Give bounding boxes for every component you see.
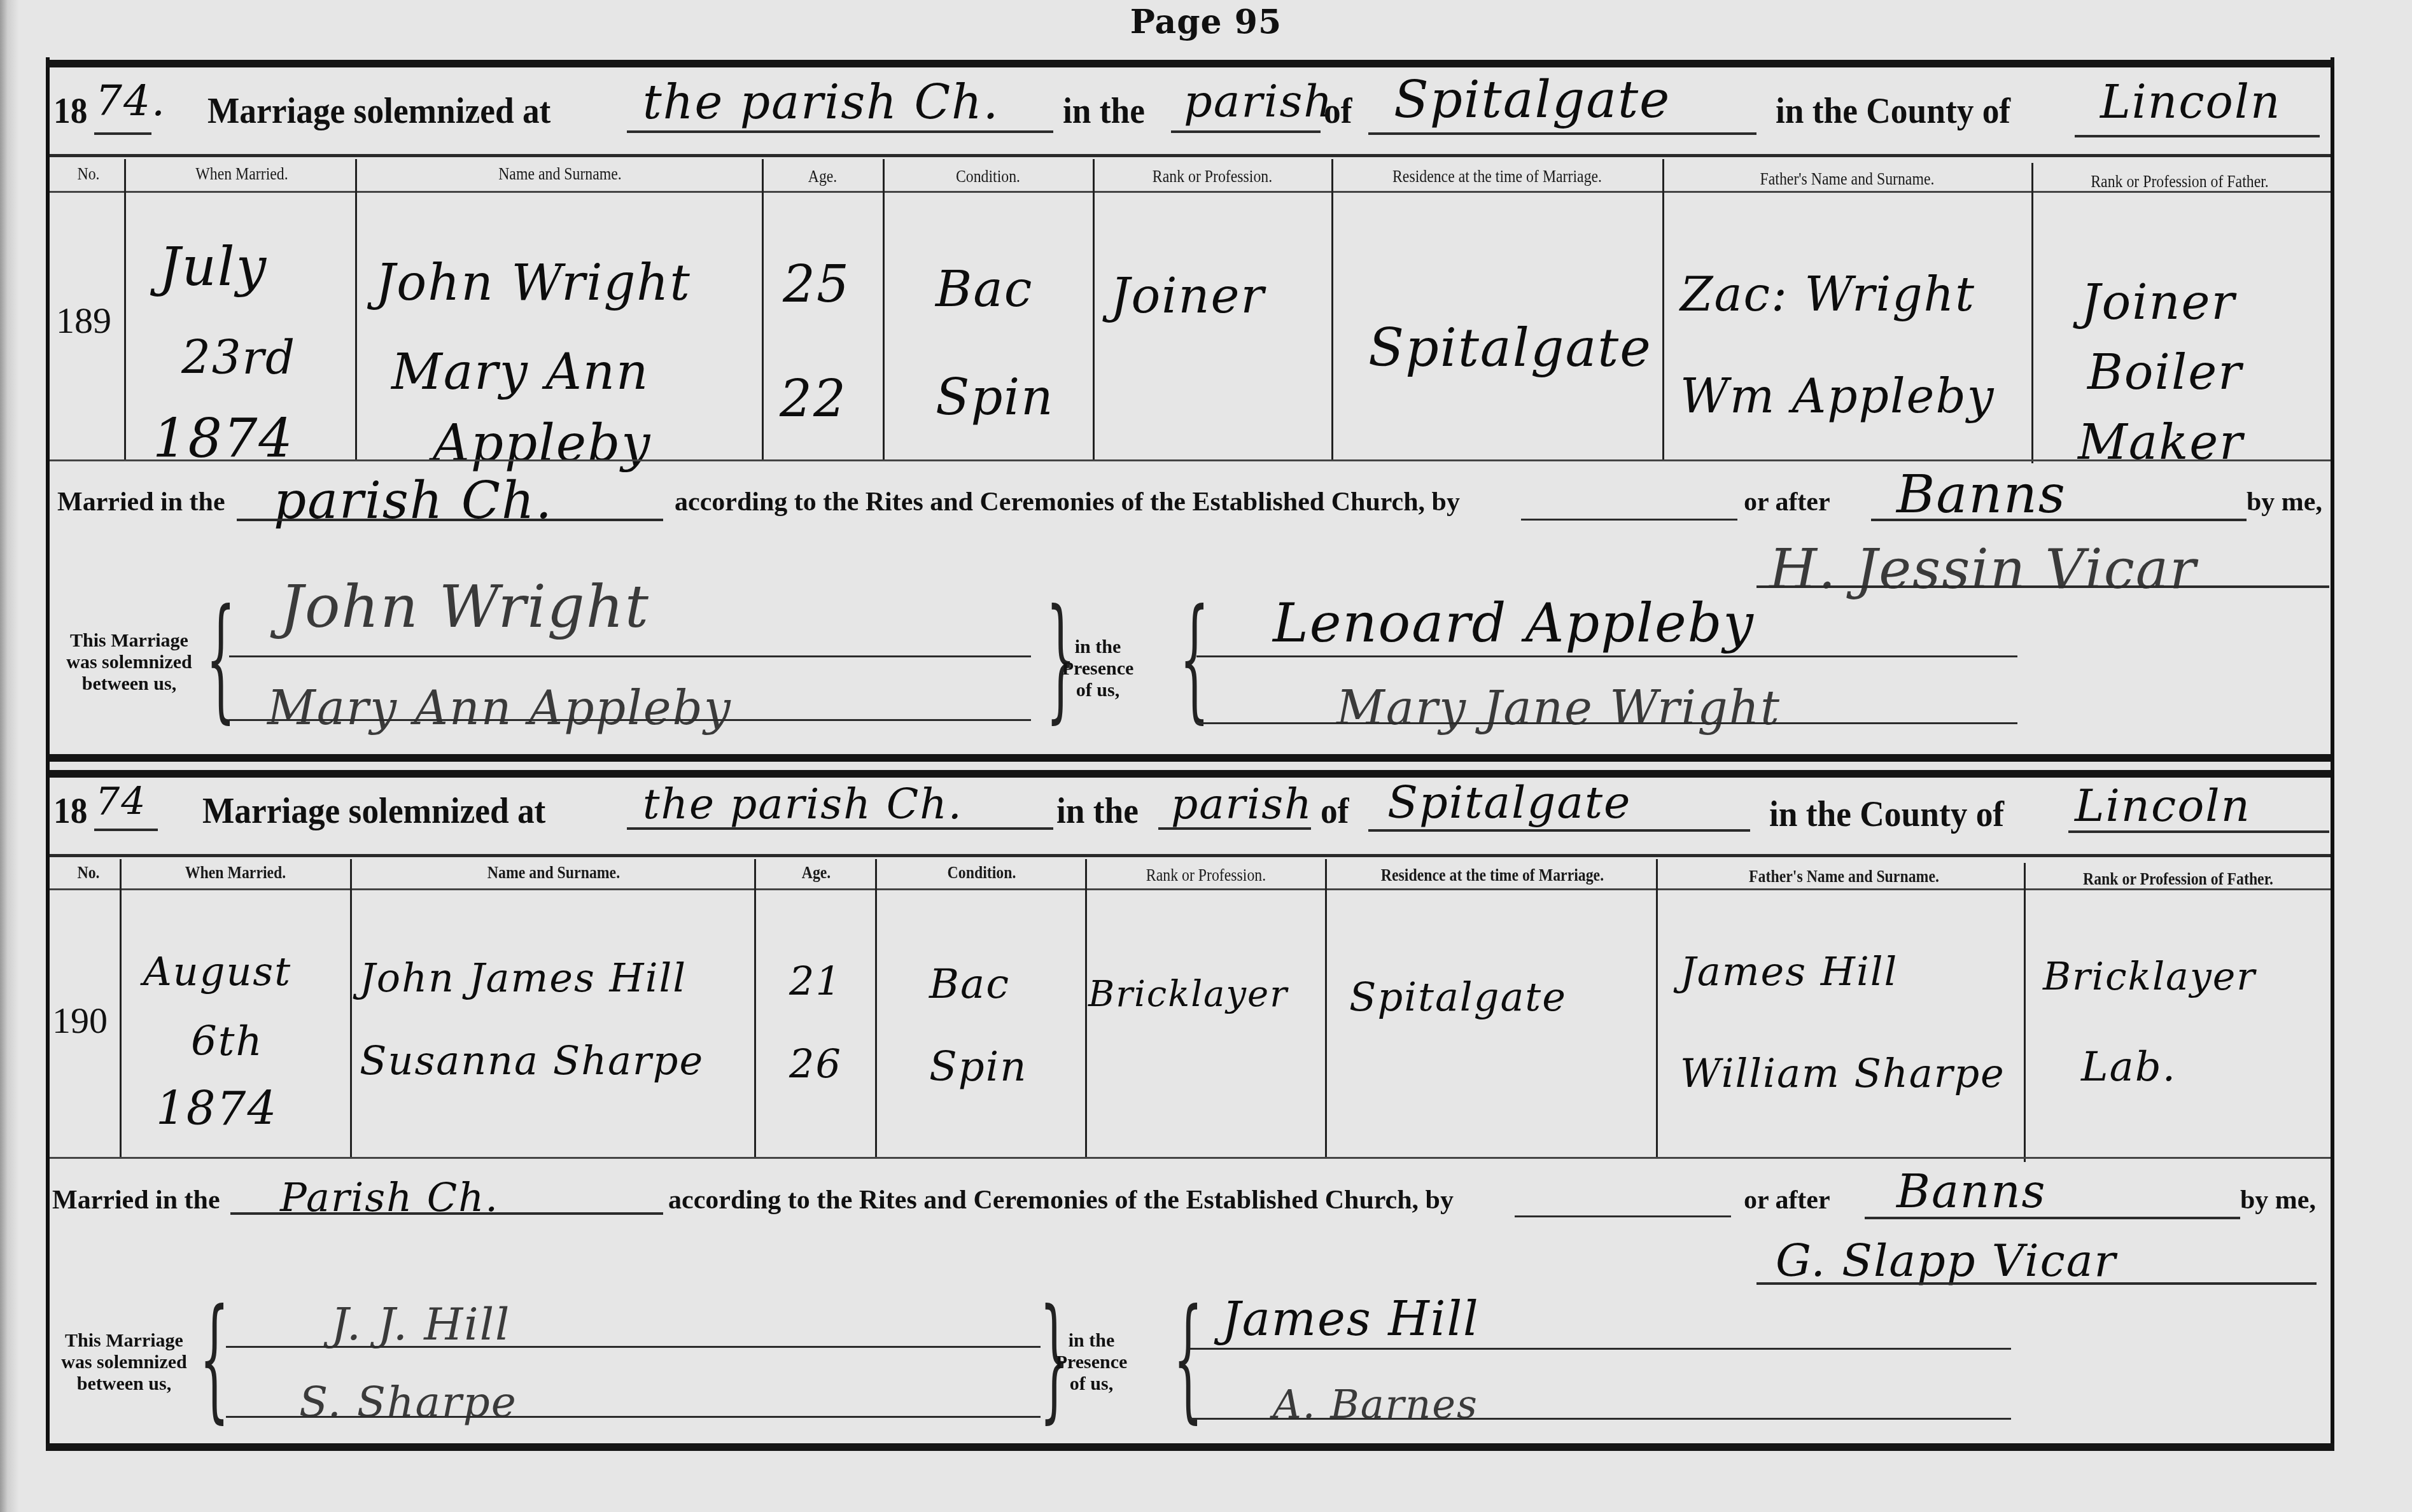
county-value: Lincoln <box>2100 75 2281 129</box>
in-the-label: in the <box>1056 789 1139 832</box>
parish-name-underline <box>1368 132 1756 135</box>
officiant-underline <box>1756 585 2329 588</box>
party-signature-2-line <box>226 1416 1041 1418</box>
year-underline <box>94 132 151 135</box>
married-in-value: parish Ch. <box>274 471 553 530</box>
parish-type-value: parish <box>1171 780 1313 829</box>
col-header-no: No. <box>59 164 118 185</box>
bride-father-name: William Sharpe <box>1680 1050 2005 1096</box>
parish-type-underline <box>1171 130 1321 133</box>
county-label: in the County of <box>1769 792 2004 835</box>
in-the-label: in the <box>1063 89 1145 132</box>
col-header-father-rank: Rank or Profession of Father. <box>2052 869 2304 890</box>
groom-rank: Joiner <box>1111 267 1265 324</box>
by-me-label: by me, <box>2247 487 2322 517</box>
entry-number: 189 <box>56 299 111 342</box>
bride-name-line2: Appleby <box>433 414 652 473</box>
groom-name: John James Hill <box>360 955 687 1001</box>
year-suffix: 74. <box>95 76 166 125</box>
col-header-no: No. <box>59 863 118 883</box>
col-divider <box>1093 159 1095 459</box>
year-prefix: 18 <box>53 89 87 132</box>
column-header-top-rule <box>50 154 2331 157</box>
by-me-label: by me, <box>2240 1185 2316 1215</box>
bride-age: 22 <box>780 369 847 428</box>
col-divider <box>124 159 126 459</box>
solemnized-at-underline <box>627 130 1053 133</box>
bride-condition: Spin <box>929 1044 1028 1091</box>
groom-residence: Spitalgate <box>1368 318 1652 379</box>
col-header-condition: Condition. <box>894 863 1069 883</box>
county-label: in the County of <box>1776 89 2010 132</box>
presence-line2: Presence <box>1044 1352 1139 1373</box>
or-after-value: Banns <box>1897 1165 2047 1218</box>
married-in-the-label: Married in the <box>57 487 225 517</box>
presence-label: in the Presence of us, <box>1044 1330 1139 1395</box>
of-label: of <box>1324 89 1352 132</box>
groom-name: John Wright <box>375 255 691 312</box>
county-underline <box>2075 135 2320 137</box>
solemnized-at-value: the parish Ch. <box>643 780 963 829</box>
when-married-day: 23rd <box>181 331 296 384</box>
bride-age: 26 <box>789 1040 842 1087</box>
col-header-rank: Rank or Profession. <box>1112 167 1313 187</box>
col-divider <box>1085 859 1087 1158</box>
party-signature-1: John Wright <box>280 573 650 641</box>
entry-number: 190 <box>52 999 108 1042</box>
witness-signature-2: A. Barnes <box>1273 1381 1478 1427</box>
party-signature-1-line <box>226 1346 1041 1348</box>
party-signature-2: Mary Ann Appleby <box>267 681 732 736</box>
married-in-underline <box>230 1212 663 1215</box>
groom-condition: Bac <box>936 261 1034 318</box>
col-header-age: Age. <box>766 863 866 883</box>
party-signature-2: S. Sharpe <box>299 1378 517 1427</box>
entry-separator-rule-2 <box>50 770 2331 778</box>
groom-father-name: James Hill <box>1680 948 1898 995</box>
when-married-month: July <box>159 235 267 298</box>
groom-father-rank: Joiner <box>2081 274 2236 330</box>
year-prefix: 18 <box>53 789 87 832</box>
groom-residence: Spitalgate <box>1349 974 1567 1020</box>
col-header-father-name: Father's Name and Surname. <box>1692 169 2003 190</box>
col-divider <box>1662 159 1664 459</box>
col-header-father-name: Father's Name and Surname. <box>1688 867 2000 887</box>
groom-age: 21 <box>789 958 842 1004</box>
or-after-underline <box>1865 1217 2240 1219</box>
parish-name-value: Spitalgate <box>1394 70 1671 129</box>
bride-father-rank-line1: Boiler <box>2087 344 2243 400</box>
col-divider <box>1325 859 1327 1158</box>
bride-father-rank: Lab. <box>2081 1044 2177 1091</box>
groom-condition: Bac <box>929 961 1010 1008</box>
of-label: of <box>1321 789 1349 832</box>
witness-signature-1: Lenoard Appleby <box>1273 592 1755 654</box>
married-in-underline <box>237 519 663 521</box>
col-header-residence: Residence at the time of Marriage. <box>1358 167 1637 187</box>
witness-signature-1: James Hill <box>1222 1292 1480 1347</box>
presence-line2: Presence <box>1050 658 1146 680</box>
party-signature-1: J. J. Hill <box>331 1298 510 1350</box>
col-header-when-married: When Married. <box>144 164 339 185</box>
parish-name-underline <box>1368 829 1750 832</box>
or-after-value: Banns <box>1897 465 2066 525</box>
by-underline <box>1521 519 1737 521</box>
bride-father-name: Wm Appleby <box>1680 369 1995 424</box>
col-divider <box>754 859 756 1158</box>
witness-signature-2-line <box>1190 1418 2011 1420</box>
left-brace: { <box>199 1292 229 1425</box>
column-header-top-rule <box>50 854 2331 857</box>
presence-line3: of us, <box>1050 680 1146 701</box>
this-marriage-line1: This Marriage <box>45 1330 204 1352</box>
this-marriage-line3: between us, <box>50 673 209 695</box>
col-divider <box>1331 159 1333 459</box>
marriage-solemnized-at-label: Marriage solemnized at <box>207 89 550 132</box>
col-divider <box>762 159 764 459</box>
col-divider <box>355 159 357 459</box>
party-signature-2-line <box>229 719 1031 721</box>
col-divider <box>1656 859 1658 1158</box>
left-brace: { <box>206 592 235 725</box>
groom-father-rank: Bricklayer <box>2043 955 2256 999</box>
witness-signature-1-line <box>1190 1348 2011 1350</box>
bride-name-line1: Mary Ann <box>391 344 649 401</box>
presence-line1: in the <box>1044 1330 1139 1352</box>
witness-brace: { <box>1179 592 1209 725</box>
officiant-signature: G. Slapp Vicar <box>1776 1235 2117 1287</box>
bride-father-rank-line2: Maker <box>2078 414 2244 470</box>
this-marriage-label: This Marriage was solemnized between us, <box>45 1330 204 1395</box>
witness-signature-2-line <box>1196 722 2017 724</box>
witness-signature-1-line <box>1196 655 2017 657</box>
parish-type-underline <box>1158 827 1311 830</box>
officiant-signature: H. Jessin Vicar <box>1769 538 2197 601</box>
by-underline <box>1515 1215 1731 1217</box>
bride-name: Susanna Sharpe <box>360 1037 704 1084</box>
presence-line1: in the <box>1050 636 1146 658</box>
col-header-age: Age. <box>773 167 873 187</box>
column-header-bottom-rule <box>50 191 2331 193</box>
presence-line3: of us, <box>1044 1373 1139 1395</box>
marriage-solemnized-at-label: Marriage solemnized at <box>202 789 545 832</box>
groom-rank: Bricklayer <box>1088 974 1288 1015</box>
county-value: Lincoln <box>2075 780 2251 832</box>
married-in-the-label: Married in the <box>52 1185 220 1215</box>
col-divider <box>883 159 885 459</box>
col-header-when-married: When Married. <box>138 863 333 883</box>
page-number: Page 95 <box>0 3 2412 41</box>
this-marriage-label: This Marriage was solemnized between us, <box>50 630 209 695</box>
scan-edge <box>0 0 19 1512</box>
col-header-name: Name and Surname. <box>389 164 731 185</box>
col-divider <box>2031 163 2033 463</box>
this-marriage-line3: between us, <box>45 1373 204 1395</box>
parish-name-value: Spitalgate <box>1387 776 1632 829</box>
presence-label: in the Presence of us, <box>1050 636 1146 701</box>
col-header-rank: Rank or Profession. <box>1106 865 1307 886</box>
col-divider <box>2024 863 2026 1162</box>
witness-brace: { <box>1173 1292 1203 1425</box>
col-header-father-rank: Rank or Profession of Father. <box>2056 172 2304 192</box>
year-suffix: 74 <box>95 780 146 824</box>
or-after-underline <box>1871 519 2247 521</box>
groom-age: 25 <box>783 255 850 314</box>
column-header-bottom-rule <box>50 888 2331 890</box>
officiant-underline <box>1756 1282 2317 1285</box>
groom-father-name: Zac: Wright <box>1680 267 1975 322</box>
col-header-residence: Residence at the time of Marriage. <box>1352 865 1633 886</box>
solemnized-at-value: the parish Ch. <box>643 75 999 130</box>
col-divider <box>350 859 352 1158</box>
according-to-label: according to the Rites and Ceremonies of… <box>668 1185 1454 1215</box>
according-to-label: according to the Rites and Ceremonies of… <box>675 487 1460 517</box>
data-row-bottom-rule <box>50 1157 2331 1159</box>
or-after-label: or after <box>1744 1185 1830 1215</box>
party-signature-1-line <box>229 655 1031 657</box>
parish-type-value: parish <box>1184 75 1333 127</box>
bottom-border-rule <box>46 1443 2334 1451</box>
county-underline <box>2068 830 2329 833</box>
data-row-bottom-rule <box>50 459 2331 461</box>
when-married-year: 1874 <box>156 1082 277 1135</box>
col-divider <box>120 859 122 1158</box>
col-header-condition: Condition. <box>900 167 1076 187</box>
top-border-rule <box>46 60 2334 67</box>
this-marriage-line1: This Marriage <box>50 630 209 652</box>
when-married-month: August <box>143 948 291 995</box>
when-married-day: 6th <box>191 1018 263 1065</box>
year-underline <box>94 829 158 831</box>
witness-signature-2: Mary Jane Wright <box>1336 681 1781 736</box>
this-marriage-line2: was solemnized <box>45 1352 204 1373</box>
col-header-name: Name and Surname. <box>383 863 724 883</box>
col-divider <box>875 859 877 1158</box>
this-marriage-line2: was solemnized <box>50 652 209 673</box>
bride-condition: Spin <box>936 369 1055 426</box>
solemnized-at-underline <box>627 827 1053 830</box>
entry-separator-rule-1 <box>50 754 2331 762</box>
or-after-label: or after <box>1744 487 1830 517</box>
